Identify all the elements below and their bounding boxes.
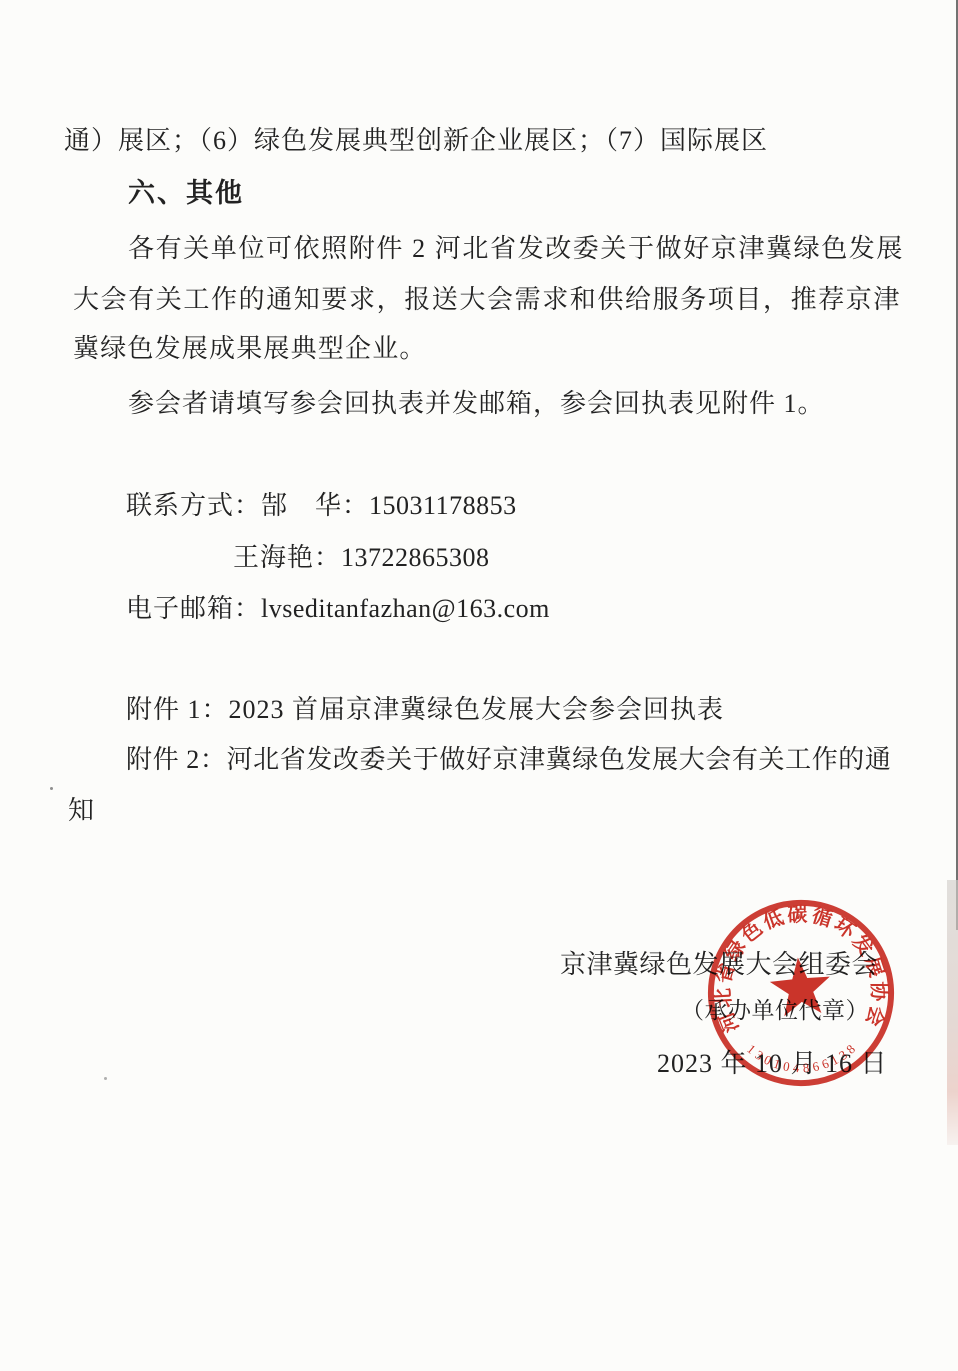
paragraph-notice-line3: 冀绿色发展成果展典型企业。: [73, 328, 427, 365]
scan-speck: [50, 787, 53, 790]
section-heading-other: 六、其他: [128, 171, 244, 210]
scan-edge-shadow: [947, 880, 958, 1145]
scan-speck: [104, 1077, 107, 1080]
seal-star-icon: [768, 955, 833, 1017]
attachment-1-line: 附件 1：2023 首届京津冀绿色发展大会参会回执表: [126, 689, 724, 726]
contact2-phone: 13722865308: [341, 543, 490, 572]
paragraph-notice-line1: 各有关单位可依照附件 2 河北省发改委关于做好京津冀绿色发展: [128, 228, 904, 265]
contact-line-1: 联系方式：郜 华：15031178853: [126, 485, 517, 522]
contact-line-2: 王海艳：13722865308: [233, 537, 490, 574]
reply-form-note: 参会者请填写参会回执表并发邮箱，参会回执表见附件 1。: [128, 383, 825, 420]
contact2-name: 王海艳：: [233, 543, 341, 572]
contact1-name: 郜 华：: [261, 491, 369, 520]
attachment-2-wrap-char: 知: [68, 790, 95, 827]
official-seal: 河北省绿色低碳循环发展协会 130104866138: [694, 886, 909, 1101]
attachment-2-line: 附件 2：河北省发改委关于做好京津冀绿色发展大会有关工作的通: [126, 739, 892, 776]
contact-label: 联系方式：: [126, 491, 261, 520]
email-line: 电子邮箱：lvseditanfazhan@163.com: [126, 588, 550, 625]
body-line-exhibit-zones: 通）展区；（6）绿色发展典型创新企业展区；（7）国际展区: [64, 120, 768, 157]
contact1-phone: 15031178853: [369, 491, 517, 520]
paragraph-notice-line2: 大会有关工作的通知要求，报送大会需求和供给服务项目，推荐京津: [73, 279, 901, 316]
email-address: lvseditanfazhan@163.com: [261, 594, 550, 623]
email-label: 电子邮箱：: [126, 594, 261, 623]
document-page: 通）展区；（6）绿色发展典型创新企业展区；（7）国际展区 六、其他 各有关单位可…: [0, 0, 958, 1371]
